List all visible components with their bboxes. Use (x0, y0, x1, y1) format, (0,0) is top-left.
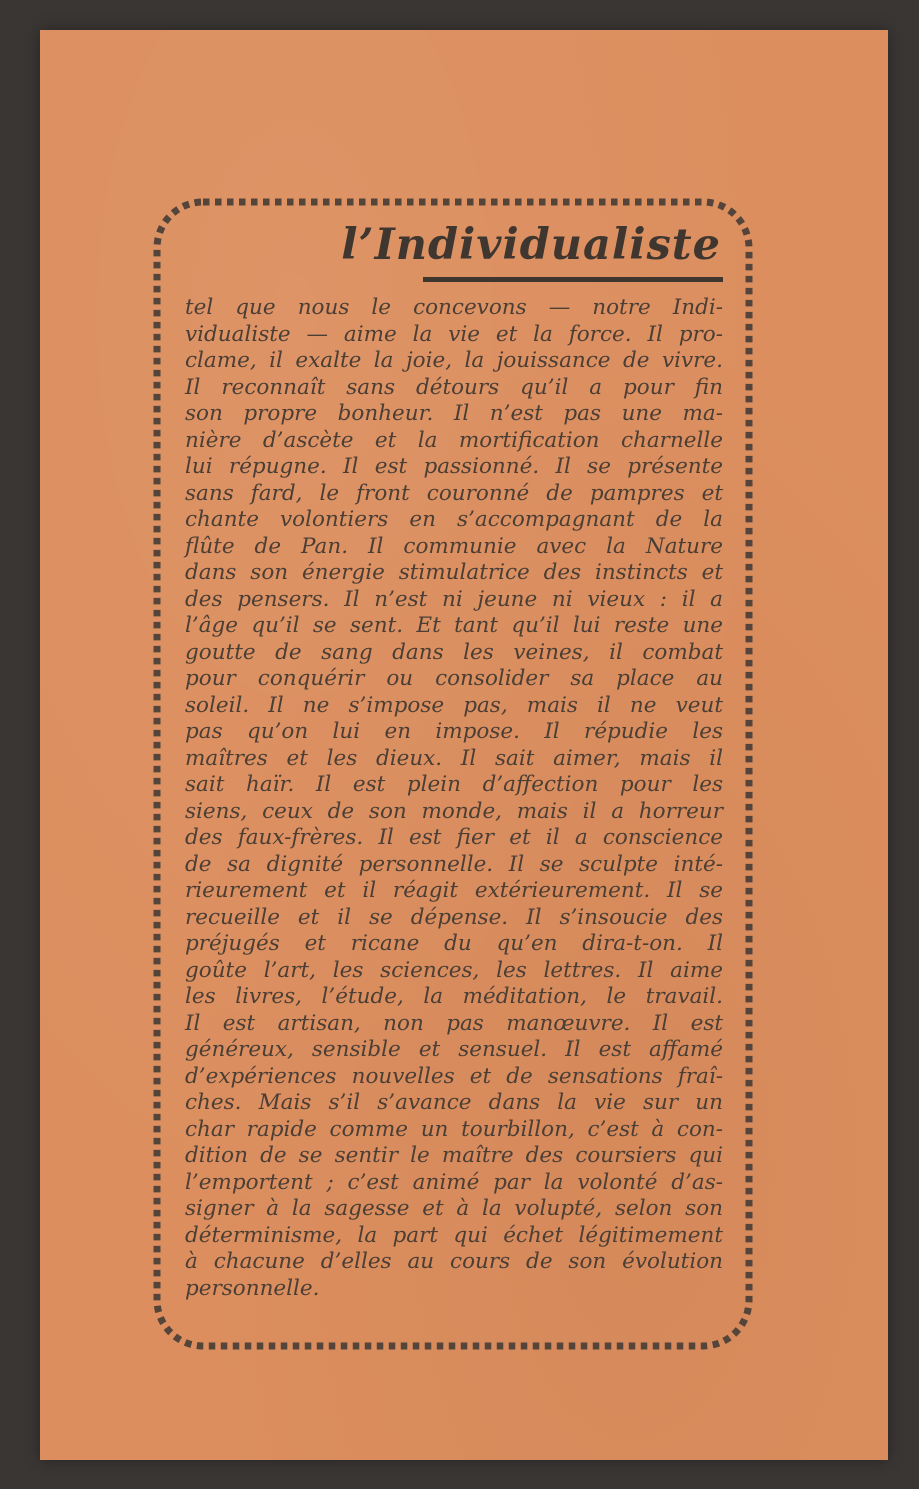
body-line: préjugés et ricane du qu’en dira-t-on. I… (185, 931, 723, 958)
body-line: ches. Mais s’il s’avance dans la vie sur… (185, 1090, 723, 1117)
body-line: à chacune d’elles au cours de son évolut… (185, 1249, 723, 1276)
body-line: son propre bonheur. Il n’est pas une ma- (185, 401, 723, 428)
body-line: soleil. Il ne s’impose pas, mais il ne v… (185, 693, 723, 720)
body-line: pas qu’on lui en impose. Il répudie les (185, 719, 723, 746)
body-line: sans fard, le front couronné de pampres … (185, 481, 723, 508)
body-line: d’expériences nouvelles et de sensations… (185, 1064, 723, 1091)
body-line: sait haïr. Il est plein d’affection pour… (185, 772, 723, 799)
body-line: dition de se sentir le maître des coursi… (185, 1143, 723, 1170)
body-line: l’âge qu’il se sent. Et tant qu’il lui r… (185, 613, 723, 640)
body-line: goutte de sang dans les veines, il comba… (185, 640, 723, 667)
body-line: tel que nous le concevons — notre Indi- (185, 295, 723, 322)
body-line: clame, il exalte la joie, la jouissance … (185, 348, 723, 375)
body-line: Il reconnaît sans détours qu’il a pour f… (185, 375, 723, 402)
body-line: déterminisme, la part qui échet légitime… (185, 1223, 723, 1250)
body-line: signer à la sagesse et à la volupté, sel… (185, 1196, 723, 1223)
body-line: des pensers. Il n’est ni jeune ni vieux … (185, 587, 723, 614)
body-line: les livres, l’étude, la méditation, le t… (185, 984, 723, 1011)
body-line: pour conquérir ou consolider sa place au (185, 666, 723, 693)
title-underline (423, 277, 723, 282)
body-line: rieurement et il réagit extérieurement. … (185, 878, 723, 905)
body-line: goûte l’art, les sciences, les lettres. … (185, 958, 723, 985)
body-line: char rapide comme un tourbillon, c’est à… (185, 1117, 723, 1144)
body-line: lui répugne. Il est passionné. Il se pré… (185, 454, 723, 481)
body-line: de sa dignité personnelle. Il se sculpte… (185, 852, 723, 879)
body-line: siens, ceux de son monde, mais il a horr… (185, 799, 723, 826)
body-line: recueille et il se dépense. Il s’insouci… (185, 905, 723, 932)
scanned-photo-background: { "colors": { "background": "#3a3634", "… (0, 0, 919, 1489)
body-line: l’emportent ; c’est animé par la volonté… (185, 1170, 723, 1197)
body-line: Il est artisan, non pas manœuvre. Il est (185, 1011, 723, 1038)
body-line: maîtres et les dieux. Il sait aimer, mai… (185, 746, 723, 773)
body-line: chante volontiers en s’accompagnant de l… (185, 507, 723, 534)
body-line: des faux-frères. Il est fier et il a con… (185, 825, 723, 852)
body-line: nière d’ascète et la mortification charn… (185, 428, 723, 455)
paper-sheet: l’Individualiste tel que nous le concevo… (40, 30, 888, 1460)
page-content: l’Individualiste tel que nous le concevo… (185, 220, 723, 1302)
body-text: tel que nous le concevons — notre Indi-v… (185, 295, 723, 1302)
page-title: l’Individualiste (185, 220, 723, 270)
body-line: personnelle. (185, 1276, 723, 1303)
body-line: vidualiste — aime la vie et la force. Il… (185, 322, 723, 349)
body-line: dans son énergie stimulatrice des instin… (185, 560, 723, 587)
body-line: flûte de Pan. Il communie avec la Nature (185, 534, 723, 561)
body-line: généreux, sensible et sensuel. Il est af… (185, 1037, 723, 1064)
